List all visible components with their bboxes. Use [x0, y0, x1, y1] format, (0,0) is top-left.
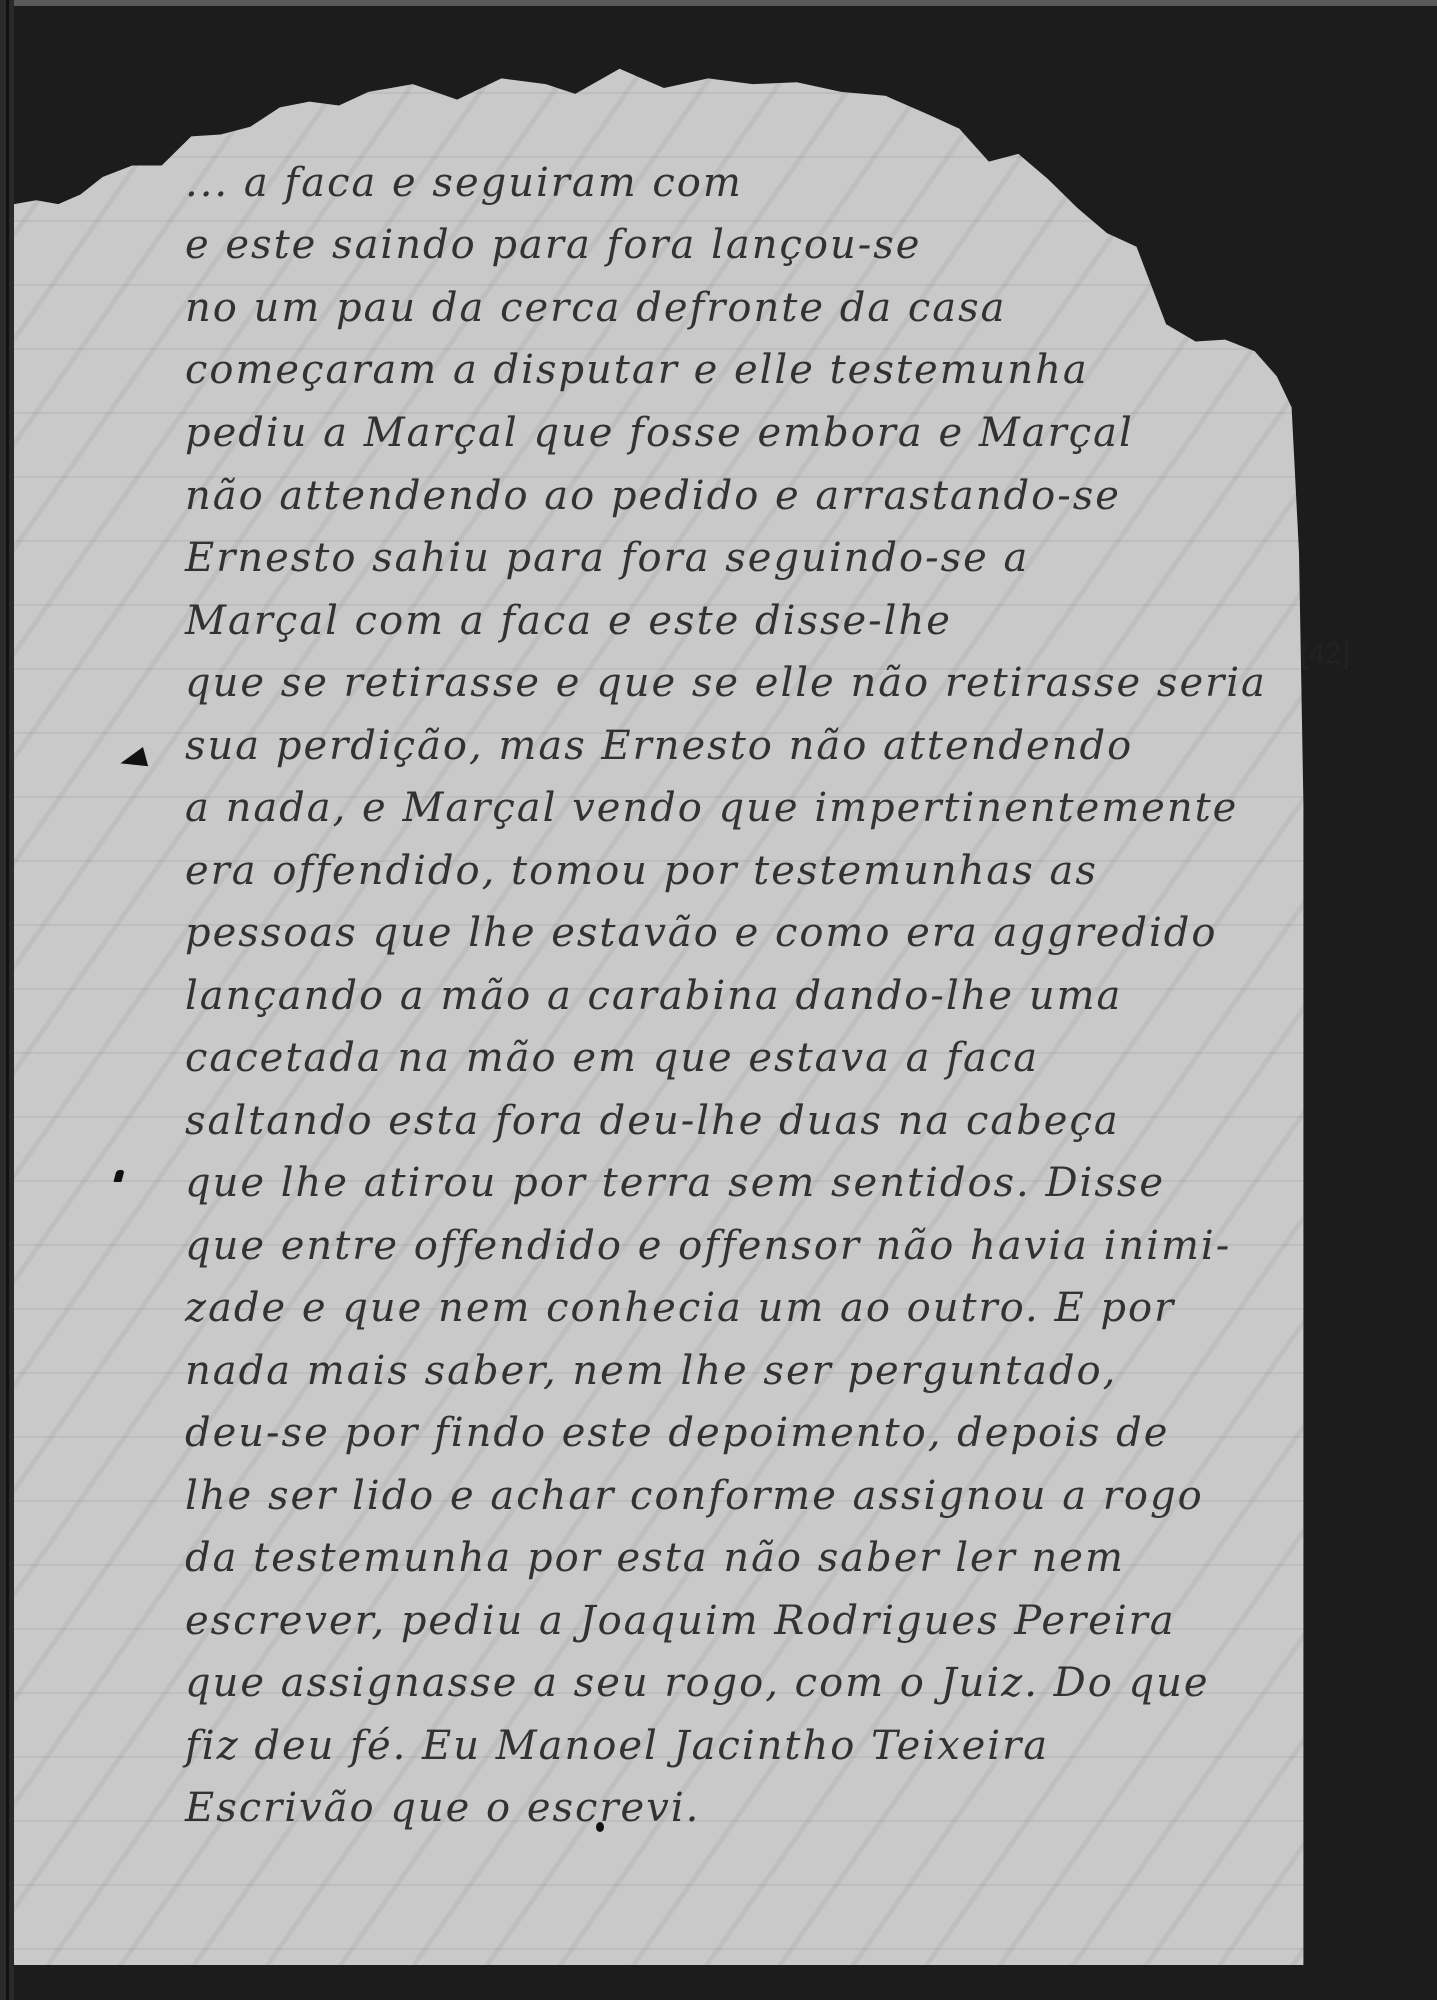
- text-line: que assignasse a seu rogo, com o Juiz. D…: [185, 1660, 1210, 1706]
- scanner-top-edge: [0, 0, 1437, 6]
- binding-spine: [0, 0, 14, 2000]
- text-line: Escrivão que o escrevi.: [185, 1785, 700, 1831]
- ink-blot: [596, 1822, 604, 1832]
- text-line: deu-se por findo este depoimento, depois…: [185, 1410, 1169, 1456]
- text-line: cacetada na mão em que estava a faca: [185, 1035, 1039, 1081]
- text-line: que lhe atirou por terra sem sentidos. D…: [185, 1160, 1165, 1206]
- text-line: pediu a Marçal que fosse embora e Marçal: [185, 410, 1134, 456]
- text-line: começaram a disputar e elle testemunha: [185, 347, 1089, 393]
- text-line: e este saindo para fora lançou-se: [185, 222, 921, 268]
- text-line: da testemunha por esta não saber ler nem: [185, 1535, 1125, 1581]
- text-line: saltando esta fora deu-lhe duas na cabeç…: [185, 1098, 1120, 1144]
- spine-line: [6, 0, 9, 2000]
- text-line: não attendendo ao pedido e arrastando-se: [185, 473, 1121, 519]
- text-line: que entre offendido e offensor não havia…: [185, 1223, 1231, 1269]
- text-line: nada mais saber, nem lhe ser perguntado,: [185, 1348, 1117, 1394]
- folio-number: [42]: [1300, 637, 1350, 671]
- text-line: zade e que nem conhecia um ao outro. E p…: [185, 1285, 1175, 1331]
- text-line: lhe ser lido e achar conforme assignou a…: [185, 1473, 1204, 1519]
- text-line: no um pau da cerca defronte da casa: [185, 285, 1007, 331]
- text-line: a nada, e Marçal vendo que impertinentem…: [185, 785, 1238, 831]
- text-line: fiz deu fé. Eu Manoel Jacintho Teixeira: [185, 1723, 1049, 1769]
- text-line: escrever, pediu a Joaquim Rodrigues Pere…: [185, 1598, 1176, 1644]
- text-line: era offendido, tomou por testemunhas as: [185, 848, 1098, 894]
- text-line: lançando a mão a carabina dando-lhe uma: [185, 973, 1122, 1019]
- text-line: Marçal com a faca e este disse-lhe: [185, 598, 952, 644]
- text-line: Ernesto sahiu para fora seguindo-se a: [185, 535, 1029, 581]
- text-line: sua perdição, mas Ernesto não attendendo: [185, 723, 1133, 769]
- text-line: pessoas que lhe estavão e como era aggre…: [185, 910, 1217, 956]
- text-line: que se retirasse e que se elle não retir…: [185, 660, 1267, 706]
- text-line: ... a faca e seguiram com: [185, 160, 743, 206]
